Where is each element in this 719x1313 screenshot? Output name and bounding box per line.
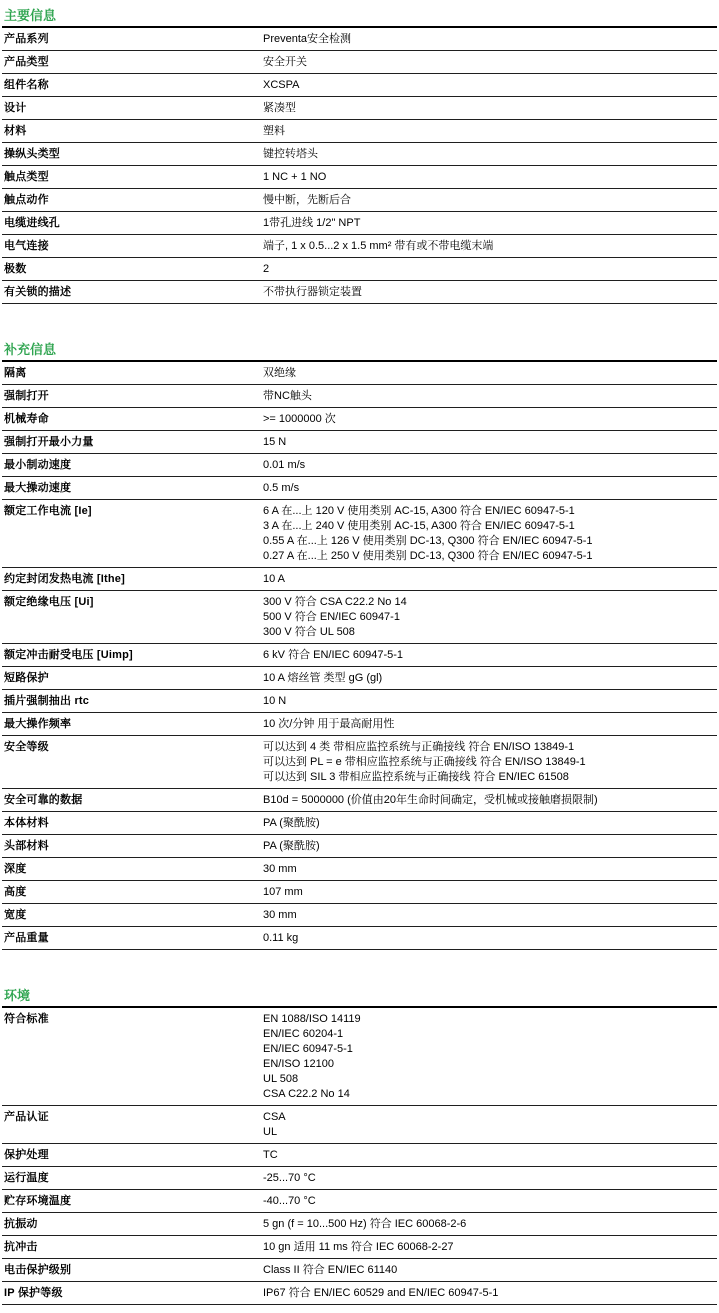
spec-value-line: 可以达到 PL = e 带相应监控系统与正确接线 符合 EN/ISO 13849… [263,755,713,770]
spec-label: 额定工作电流 [Ie] [2,504,263,519]
spec-value-line: 6 A 在...上 120 V 使用类别 AC-15, A300 符合 EN/I… [263,504,713,519]
spec-value: 不带执行器锁定装置 [263,285,717,300]
spec-value-line: 6 kV 符合 EN/IEC 60947-5-1 [263,648,713,663]
spec-row: 保护处理TC [2,1144,717,1167]
spec-row: 材料塑料 [2,120,717,143]
spec-value: 30 mm [263,908,717,923]
spec-value: CSAUL [263,1110,717,1140]
spec-value: 紧凑型 [263,101,717,116]
spec-value-line: UL [263,1125,713,1140]
spec-row: 强制打开最小力量15 N [2,431,717,454]
spec-value: TC [263,1148,717,1163]
spec-row: 产品类型安全开关 [2,51,717,74]
spec-row: 运行温度-25...70 °C [2,1167,717,1190]
spec-label: 头部材料 [2,839,263,854]
spec-label: 最大操动速度 [2,481,263,496]
spec-row: 最大操动速度0.5 m/s [2,477,717,500]
spec-row: 触点动作慢中断，先断后合 [2,189,717,212]
spec-label: 符合标准 [2,1012,263,1027]
spec-label: 隔离 [2,366,263,381]
spec-row: 机械寿命>= 1000000 次 [2,408,717,431]
spec-value: >= 1000000 次 [263,412,717,427]
spec-value: 慢中断，先断后合 [263,193,717,208]
spec-value-line: 慢中断，先断后合 [263,193,713,208]
spec-row: 最大操作频率10 次/分钟 用于最高耐用性 [2,713,717,736]
spec-value-line: XCSPA [263,78,713,93]
spec-value-line: 0.55 A 在...上 126 V 使用类别 DC-13, Q300 符合 E… [263,534,713,549]
spec-label: 安全可靠的数据 [2,793,263,808]
spec-value: 1 NC + 1 NO [263,170,717,185]
spec-value: 双绝缘 [263,366,717,381]
spec-label: IP 保护等级 [2,1286,263,1301]
spec-value-line: >= 1000000 次 [263,412,713,427]
spec-value-line: 1带孔进线 1/2" NPT [263,216,713,231]
spec-row: 电缆进线孔1带孔进线 1/2" NPT [2,212,717,235]
spec-value-line: 紧凑型 [263,101,713,116]
spec-value-line: IP67 符合 EN/IEC 60529 and EN/IEC 60947-5-… [263,1286,713,1301]
section-title: 主要信息 [2,8,717,28]
section-title: 环境 [2,988,717,1008]
spec-value: XCSPA [263,78,717,93]
spec-value: 10 次/分钟 用于最高耐用性 [263,717,717,732]
spec-row: 极数2 [2,258,717,281]
spec-value: 300 V 符合 CSA C22.2 No 14500 V 符合 EN/IEC … [263,595,717,640]
spec-label: 本体材料 [2,816,263,831]
spec-row: 抗冲击10 gn 适用 11 ms 符合 IEC 60068-2-27 [2,1236,717,1259]
spec-label: 产品认证 [2,1110,263,1125]
spec-row: 短路保护10 A 熔丝管 类型 gG (gl) [2,667,717,690]
spec-value-line: PA (聚酰胺) [263,816,713,831]
spec-value-line: 10 A 熔丝管 类型 gG (gl) [263,671,713,686]
spec-row: 插片强制抽出 rtc10 N [2,690,717,713]
spec-value-line: 可以达到 4 类 带相应监控系统与正确接线 符合 EN/ISO 13849-1 [263,740,713,755]
spec-value: EN 1088/ISO 14119EN/IEC 60204-1EN/IEC 60… [263,1012,717,1102]
spec-row: 有关锁的描述不带执行器锁定装置 [2,281,717,304]
spec-document: 主要信息产品系列Preventa安全检测产品类型安全开关组件名称XCSPA设计紧… [0,0,719,1305]
spec-value-line: -25...70 °C [263,1171,713,1186]
spec-row: 贮存环境温度-40...70 °C [2,1190,717,1213]
spec-section: 补充信息隔离双绝缘强制打开带NC触头机械寿命>= 1000000 次强制打开最小… [2,342,717,950]
spec-value-line: 0.5 m/s [263,481,713,496]
spec-section: 主要信息产品系列Preventa安全检测产品类型安全开关组件名称XCSPA设计紧… [2,8,717,304]
spec-value: IP67 符合 EN/IEC 60529 and EN/IEC 60947-5-… [263,1286,717,1301]
spec-section: 环境符合标准EN 1088/ISO 14119EN/IEC 60204-1EN/… [2,988,717,1305]
spec-value: -40...70 °C [263,1194,717,1209]
spec-label: 抗冲击 [2,1240,263,1255]
spec-value: 10 A 熔丝管 类型 gG (gl) [263,671,717,686]
spec-value-line: Preventa安全检测 [263,32,713,47]
spec-value-line: 10 次/分钟 用于最高耐用性 [263,717,713,732]
spec-value-line: 2 [263,262,713,277]
spec-value-line: TC [263,1148,713,1163]
spec-value-line: 107 mm [263,885,713,900]
spec-label: 设计 [2,101,263,116]
spec-row: 符合标准EN 1088/ISO 14119EN/IEC 60204-1EN/IE… [2,1008,717,1106]
spec-label: 最大操作频率 [2,717,263,732]
spec-value: 30 mm [263,862,717,877]
spec-label: 最小制动速度 [2,458,263,473]
spec-label: 组件名称 [2,78,263,93]
spec-value-line: 0.01 m/s [263,458,713,473]
spec-value-line: 3 A 在...上 240 V 使用类别 AC-15, A300 符合 EN/I… [263,519,713,534]
spec-value-line: EN/ISO 12100 [263,1057,713,1072]
spec-value-line: 0.27 A 在...上 250 V 使用类别 DC-13, Q300 符合 E… [263,549,713,564]
spec-value: PA (聚酰胺) [263,839,717,854]
spec-label: 插片强制抽出 rtc [2,694,263,709]
spec-value-line: CSA [263,1110,713,1125]
spec-label: 极数 [2,262,263,277]
spec-value-line: 5 gn (f = 10...500 Hz) 符合 IEC 60068-2-6 [263,1217,713,1232]
spec-label: 触点动作 [2,193,263,208]
spec-row: 本体材料PA (聚酰胺) [2,812,717,835]
spec-row: 深度30 mm [2,858,717,881]
spec-value-line: B10d = 5000000 (价值由20年生命时间确定，受机械或接触磨损限制) [263,793,713,808]
spec-value-line: 10 gn 适用 11 ms 符合 IEC 60068-2-27 [263,1240,713,1255]
spec-value-line: EN 1088/ISO 14119 [263,1012,713,1027]
spec-label: 材料 [2,124,263,139]
spec-value: 键控转塔头 [263,147,717,162]
spec-row: 触点类型1 NC + 1 NO [2,166,717,189]
spec-row: 抗振动5 gn (f = 10...500 Hz) 符合 IEC 60068-2… [2,1213,717,1236]
spec-value-line: -40...70 °C [263,1194,713,1209]
spec-label: 保护处理 [2,1148,263,1163]
spec-row: 高度107 mm [2,881,717,904]
spec-value: 6 kV 符合 EN/IEC 60947-5-1 [263,648,717,663]
spec-value: Class II 符合 EN/IEC 61140 [263,1263,717,1278]
spec-label: 额定绝缘电压 [Ui] [2,595,263,610]
spec-value-line: EN/IEC 60947-5-1 [263,1042,713,1057]
spec-value-line: 0.11 kg [263,931,713,946]
spec-row: 约定封闭发热电流 [Ithe]10 A [2,568,717,591]
spec-value-line: PA (聚酰胺) [263,839,713,854]
spec-value-line: 键控转塔头 [263,147,713,162]
spec-value-line: 500 V 符合 EN/IEC 60947-1 [263,610,713,625]
spec-label: 宽度 [2,908,263,923]
spec-label: 短路保护 [2,671,263,686]
spec-value: 0.01 m/s [263,458,717,473]
spec-value: 端子, 1 x 0.5...2 x 1.5 mm² 带有或不带电缆末端 [263,239,717,254]
spec-row: 安全等级可以达到 4 类 带相应监控系统与正确接线 符合 EN/ISO 1384… [2,736,717,789]
spec-row: 产品重量0.11 kg [2,927,717,950]
spec-label: 额定冲击耐受电压 [Uimp] [2,648,263,663]
spec-label: 运行温度 [2,1171,263,1186]
spec-value: 可以达到 4 类 带相应监控系统与正确接线 符合 EN/ISO 13849-1可… [263,740,717,785]
spec-value: 2 [263,262,717,277]
spec-value-line: 30 mm [263,908,713,923]
spec-row: 隔离双绝缘 [2,362,717,385]
spec-label: 高度 [2,885,263,900]
spec-label: 安全等级 [2,740,263,755]
spec-row: 强制打开带NC触头 [2,385,717,408]
spec-label: 有关锁的描述 [2,285,263,300]
spec-value-line: 300 V 符合 UL 508 [263,625,713,640]
spec-label: 深度 [2,862,263,877]
spec-value-line: 10 N [263,694,713,709]
spec-label: 产品重量 [2,931,263,946]
spec-value: 10 N [263,694,717,709]
spec-row: 额定绝缘电压 [Ui]300 V 符合 CSA C22.2 No 14500 V… [2,591,717,644]
spec-value: 塑料 [263,124,717,139]
spec-row: 组件名称XCSPA [2,74,717,97]
spec-row: 操纵头类型键控转塔头 [2,143,717,166]
spec-value: 1带孔进线 1/2" NPT [263,216,717,231]
spec-value: 5 gn (f = 10...500 Hz) 符合 IEC 60068-2-6 [263,1217,717,1232]
spec-value: 107 mm [263,885,717,900]
spec-value: 安全开关 [263,55,717,70]
spec-label: 电缆进线孔 [2,216,263,231]
spec-value: 10 A [263,572,717,587]
spec-label: 触点类型 [2,170,263,185]
spec-value-line: 带NC触头 [263,389,713,404]
spec-label: 约定封闭发热电流 [Ithe] [2,572,263,587]
spec-value-line: 端子, 1 x 0.5...2 x 1.5 mm² 带有或不带电缆末端 [263,239,713,254]
spec-label: 强制打开 [2,389,263,404]
section-title: 补充信息 [2,342,717,362]
spec-value-line: UL 508 [263,1072,713,1087]
spec-value: 0.11 kg [263,931,717,946]
spec-row: 安全可靠的数据B10d = 5000000 (价值由20年生命时间确定，受机械或… [2,789,717,812]
spec-label: 强制打开最小力量 [2,435,263,450]
spec-row: 电击保护级别Class II 符合 EN/IEC 61140 [2,1259,717,1282]
spec-value-line: 10 A [263,572,713,587]
spec-row: 宽度30 mm [2,904,717,927]
spec-value-line: 可以达到 SIL 3 带相应监控系统与正确接线 符合 EN/IEC 61508 [263,770,713,785]
spec-value: 6 A 在...上 120 V 使用类别 AC-15, A300 符合 EN/I… [263,504,717,564]
spec-value-line: 安全开关 [263,55,713,70]
spec-value: -25...70 °C [263,1171,717,1186]
spec-label: 操纵头类型 [2,147,263,162]
spec-value-line: 300 V 符合 CSA C22.2 No 14 [263,595,713,610]
spec-value: B10d = 5000000 (价值由20年生命时间确定，受机械或接触磨损限制) [263,793,717,808]
spec-value-line: 30 mm [263,862,713,877]
spec-row: 产品系列Preventa安全检测 [2,28,717,51]
spec-value: Preventa安全检测 [263,32,717,47]
spec-row: 头部材料PA (聚酰胺) [2,835,717,858]
spec-label: 贮存环境温度 [2,1194,263,1209]
spec-value-line: EN/IEC 60204-1 [263,1027,713,1042]
spec-row: 设计紧凑型 [2,97,717,120]
spec-value: PA (聚酰胺) [263,816,717,831]
spec-value-line: 15 N [263,435,713,450]
spec-value-line: 双绝缘 [263,366,713,381]
spec-row: 额定工作电流 [Ie]6 A 在...上 120 V 使用类别 AC-15, A… [2,500,717,568]
spec-value-line: 1 NC + 1 NO [263,170,713,185]
spec-label: 产品系列 [2,32,263,47]
spec-label: 电气连接 [2,239,263,254]
spec-label: 机械寿命 [2,412,263,427]
spec-row: 最小制动速度0.01 m/s [2,454,717,477]
spec-label: 产品类型 [2,55,263,70]
spec-row: 产品认证CSAUL [2,1106,717,1144]
spec-label: 电击保护级别 [2,1263,263,1278]
spec-value: 带NC触头 [263,389,717,404]
spec-value-line: Class II 符合 EN/IEC 61140 [263,1263,713,1278]
spec-value-line: 不带执行器锁定装置 [263,285,713,300]
spec-value: 0.5 m/s [263,481,717,496]
spec-value-line: CSA C22.2 No 14 [263,1087,713,1102]
spec-value: 10 gn 适用 11 ms 符合 IEC 60068-2-27 [263,1240,717,1255]
spec-row: 额定冲击耐受电压 [Uimp]6 kV 符合 EN/IEC 60947-5-1 [2,644,717,667]
spec-row: IP 保护等级IP67 符合 EN/IEC 60529 and EN/IEC 6… [2,1282,717,1305]
spec-value-line: 塑料 [263,124,713,139]
spec-label: 抗振动 [2,1217,263,1232]
spec-value: 15 N [263,435,717,450]
spec-row: 电气连接端子, 1 x 0.5...2 x 1.5 mm² 带有或不带电缆末端 [2,235,717,258]
